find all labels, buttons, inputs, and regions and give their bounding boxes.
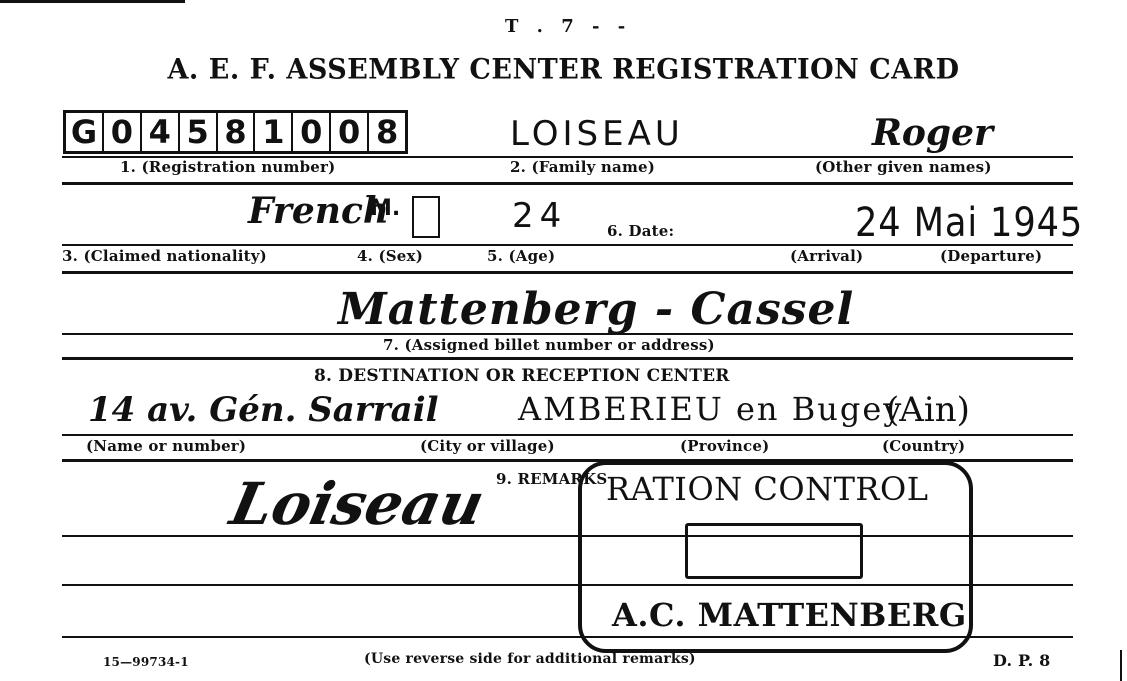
reg-digit: 8 — [369, 113, 405, 151]
sex-label: 4. (Sex) — [357, 247, 423, 265]
arrival-date-stamp: 24 Mai 1945 — [855, 200, 1083, 246]
date-label: 6. Date: — [607, 222, 674, 240]
form-number: 15—99734-1 — [103, 655, 189, 669]
registration-number-box: G 0 4 5 8 1 0 0 8 — [63, 110, 408, 154]
reg-digit: 4 — [142, 113, 180, 151]
age-label: 5. (Age) — [487, 247, 555, 265]
reg-digit: 0 — [293, 113, 331, 151]
signature: Loiseau — [225, 470, 490, 538]
divider — [62, 244, 1073, 246]
nationality-label: 3. (Claimed nationality) — [62, 247, 267, 265]
registration-number-label: 1. (Registration number) — [120, 158, 335, 176]
age-value: 24 — [512, 196, 567, 236]
scan-edge-mark — [0, 0, 185, 3]
given-names-value: Roger — [872, 112, 993, 154]
stamp-line-2: A.C. MATTENBERG — [612, 596, 967, 634]
family-name-value: LOISEAU — [510, 114, 684, 154]
top-stamp-mark: T . 7 - - — [505, 16, 631, 37]
arrival-label: (Arrival) — [790, 247, 863, 265]
reg-digit: 5 — [180, 113, 218, 151]
sex-value: M. — [370, 196, 400, 221]
destination-heading: 8. DESTINATION OR RECEPTION CENTER — [314, 366, 730, 386]
destination-name-value: 14 av. Gén. Sarrail — [88, 390, 439, 430]
billet-label: 7. (Assigned billet number or address) — [383, 336, 715, 354]
divider — [62, 271, 1073, 274]
reg-digit: 1 — [255, 113, 293, 151]
divider — [62, 182, 1073, 185]
card-title: A. E. F. ASSEMBLY CENTER REGISTRATION CA… — [0, 53, 1127, 86]
given-names-label: (Other given names) — [815, 158, 992, 176]
province-label: (Province) — [680, 437, 769, 455]
nationality-value: French — [248, 190, 389, 232]
reg-digit: 8 — [218, 113, 256, 151]
divider — [62, 333, 1073, 335]
reg-digit: G — [66, 113, 104, 151]
city-label: (City or village) — [420, 437, 555, 455]
departure-label: (Departure) — [940, 247, 1042, 265]
destination-country-value: (Ain) — [886, 390, 970, 430]
reg-digit: 0 — [104, 113, 142, 151]
billet-value: Mattenberg - Cassel — [338, 284, 854, 335]
destination-city-value: AMBERIEU en Bugey — [518, 390, 903, 428]
reg-digit: 0 — [331, 113, 369, 151]
sex-checkbox — [412, 196, 440, 238]
stamp-date-box — [685, 523, 863, 579]
country-label: (Country) — [882, 437, 965, 455]
name-or-number-label: (Name or number) — [86, 437, 246, 455]
divider — [62, 357, 1073, 360]
family-name-label: 2. (Family name) — [510, 158, 655, 176]
stamp-line-1: RATION CONTROL — [606, 470, 928, 508]
divider — [62, 434, 1073, 436]
form-code: D. P. 8 — [993, 651, 1051, 670]
scan-edge-mark — [1120, 650, 1122, 681]
footer-note: (Use reverse side for additional remarks… — [364, 651, 696, 667]
